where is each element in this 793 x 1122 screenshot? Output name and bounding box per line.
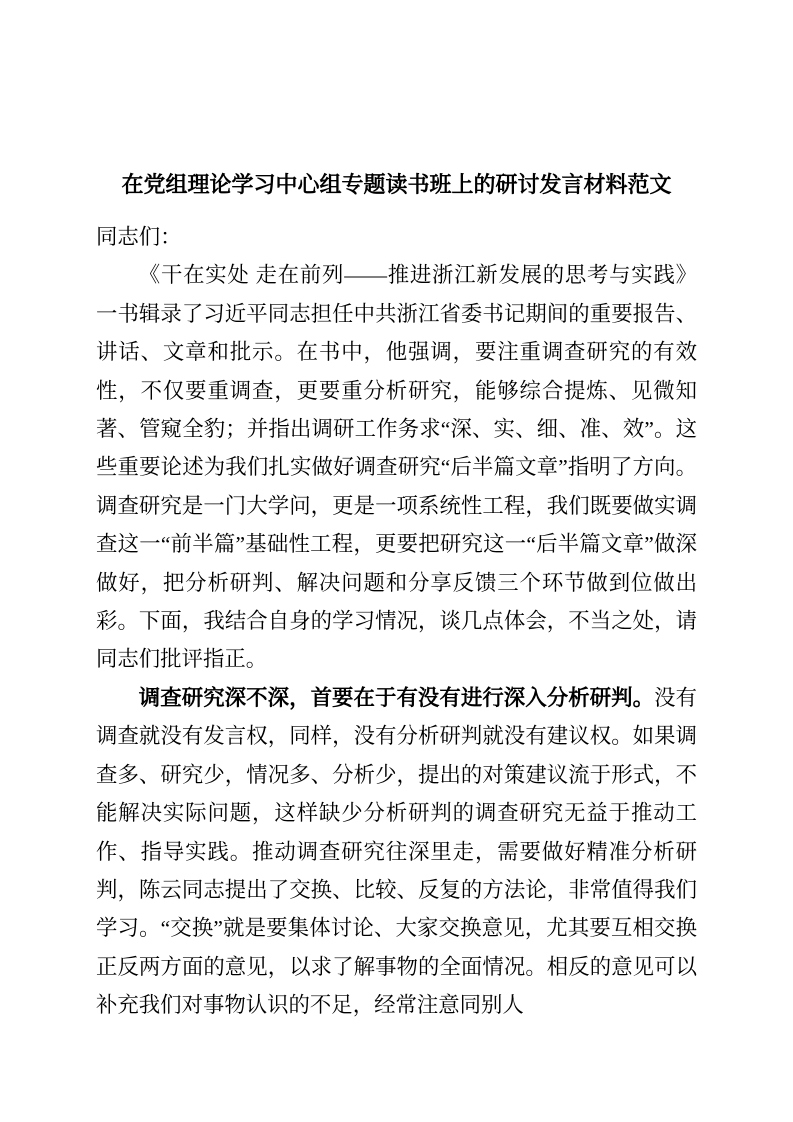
paragraph-2-text: 没有调查就没有发言权，同样，没有分析研判就没有建议权。如果调查多、研究少，情况多…	[96, 686, 697, 1017]
salutation: 同志们：	[96, 218, 697, 256]
paragraph-2-emphasis: 调查研究深不深，首要在于有没有进行深入分析研判。	[139, 686, 654, 710]
document-page: 在党组理论学习中心组专题读书班上的研讨发言材料范文 同志们： 《干在实处 走在前…	[0, 0, 793, 1122]
document-title: 在党组理论学习中心组专题读书班上的研讨发言材料范文	[96, 172, 697, 198]
paragraph-1-text: 《干在实处 走在前列——推进浙江新发展的思考与实践》一书辑录了习近平同志担任中共…	[96, 263, 697, 671]
document-body: 同志们： 《干在实处 走在前列——推进浙江新发展的思考与实践》一书辑录了习近平同…	[96, 218, 697, 1025]
paragraph-2: 调查研究深不深，首要在于有没有进行深入分析研判。没有调查就没有发言权，同样，没有…	[96, 679, 697, 1025]
paragraph-1: 《干在实处 走在前列——推进浙江新发展的思考与实践》一书辑录了习近平同志担任中共…	[96, 256, 697, 678]
